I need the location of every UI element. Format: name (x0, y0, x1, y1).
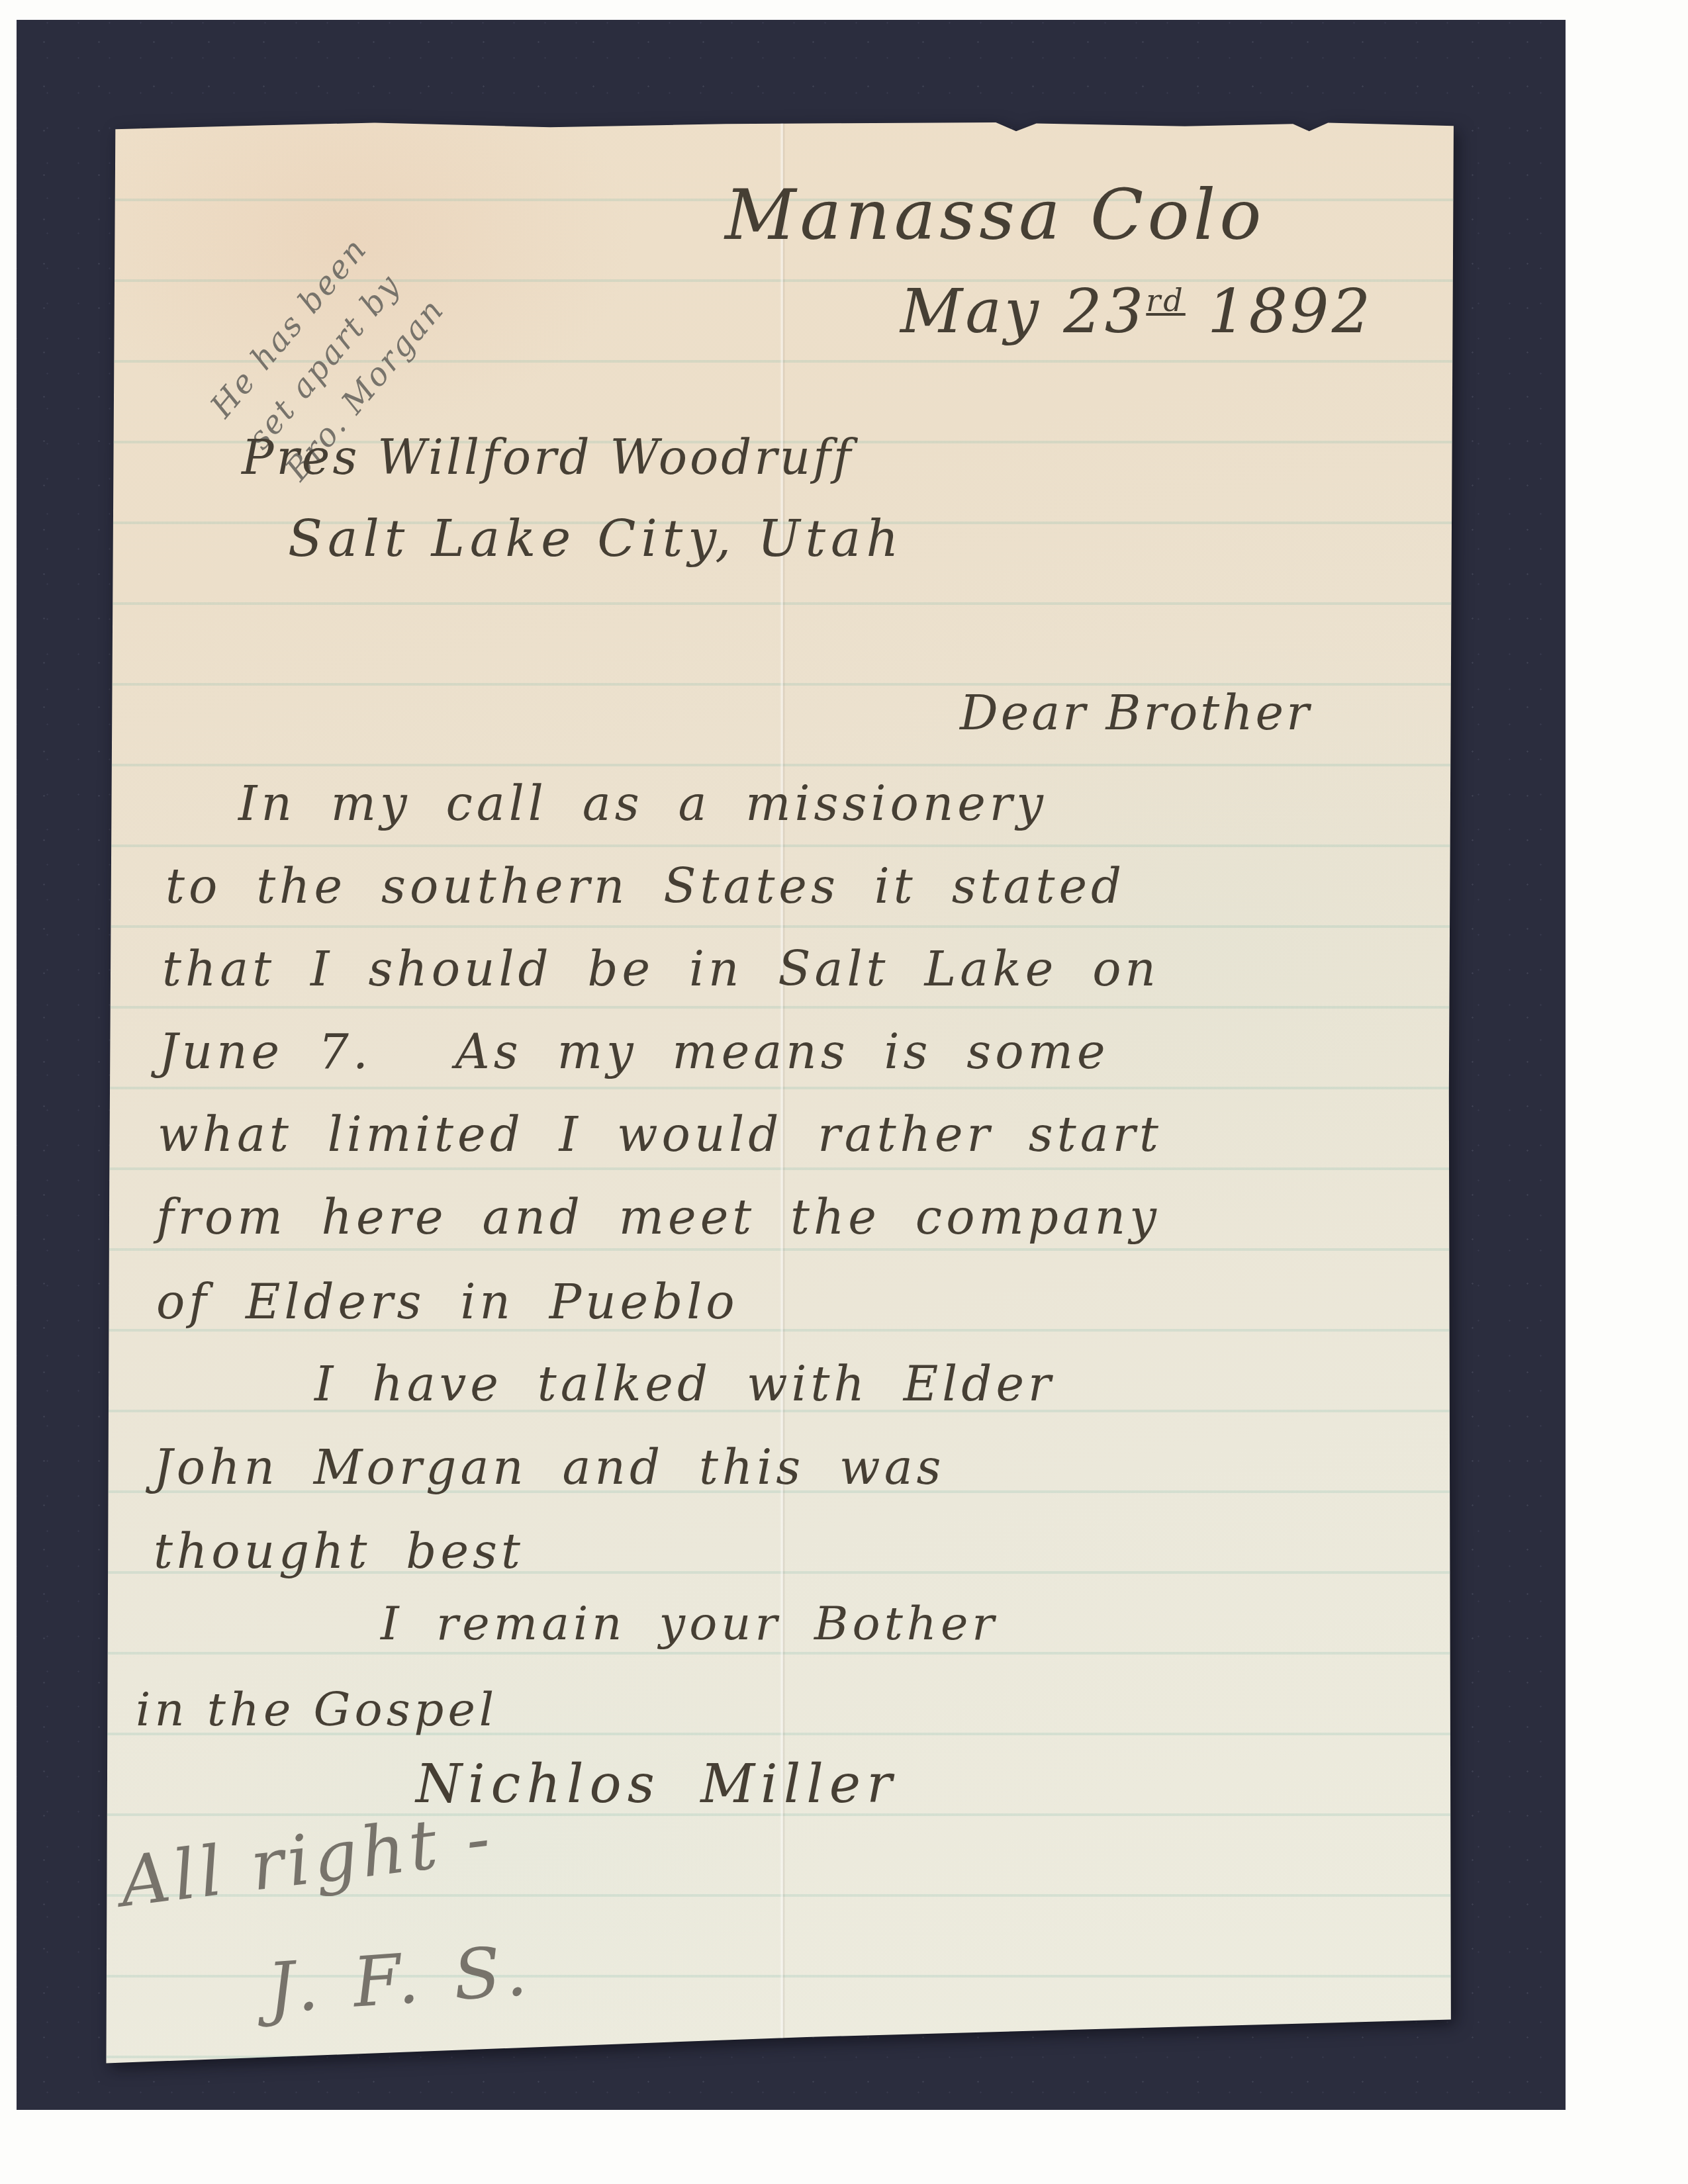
date-day: May 23 (900, 276, 1146, 347)
pencil-note-initials: J. F. S. (265, 1933, 536, 2026)
dateline-place: Manassa Colo (725, 177, 1265, 254)
body-line: to the southern States it stated (165, 860, 1125, 913)
body-line: that I should be in Salt Lake on (162, 943, 1160, 995)
body-line: June 7. As my means is some (159, 1026, 1109, 1078)
date-year: 1892 (1186, 276, 1373, 347)
body-line: I have talked with Elder (314, 1358, 1055, 1410)
body-line: thought best (154, 1525, 524, 1578)
scanned-letter-page: He has been set apart by Bro. Morgan Man… (0, 0, 1688, 2184)
recipient-address: Salt Lake City, Utah (288, 511, 904, 567)
dateline-date: May 23rd 1892 (900, 278, 1373, 345)
body-line: of Elders in Pueblo (156, 1276, 739, 1328)
body-line: John Morgan and this was (154, 1441, 945, 1494)
body-line: what limited I would rather start (158, 1109, 1162, 1161)
closing-line: in the Gospel (136, 1684, 498, 1735)
date-ordinal: rd (1146, 283, 1185, 318)
recipient-name: Pres Willford Woodruff (242, 432, 854, 484)
body-line: In my call as a missionery (238, 778, 1047, 830)
closing-line: I remain your Bother (381, 1598, 998, 1649)
salutation: Dear Brother (960, 687, 1312, 739)
body-line: from here and meet the company (156, 1191, 1160, 1244)
